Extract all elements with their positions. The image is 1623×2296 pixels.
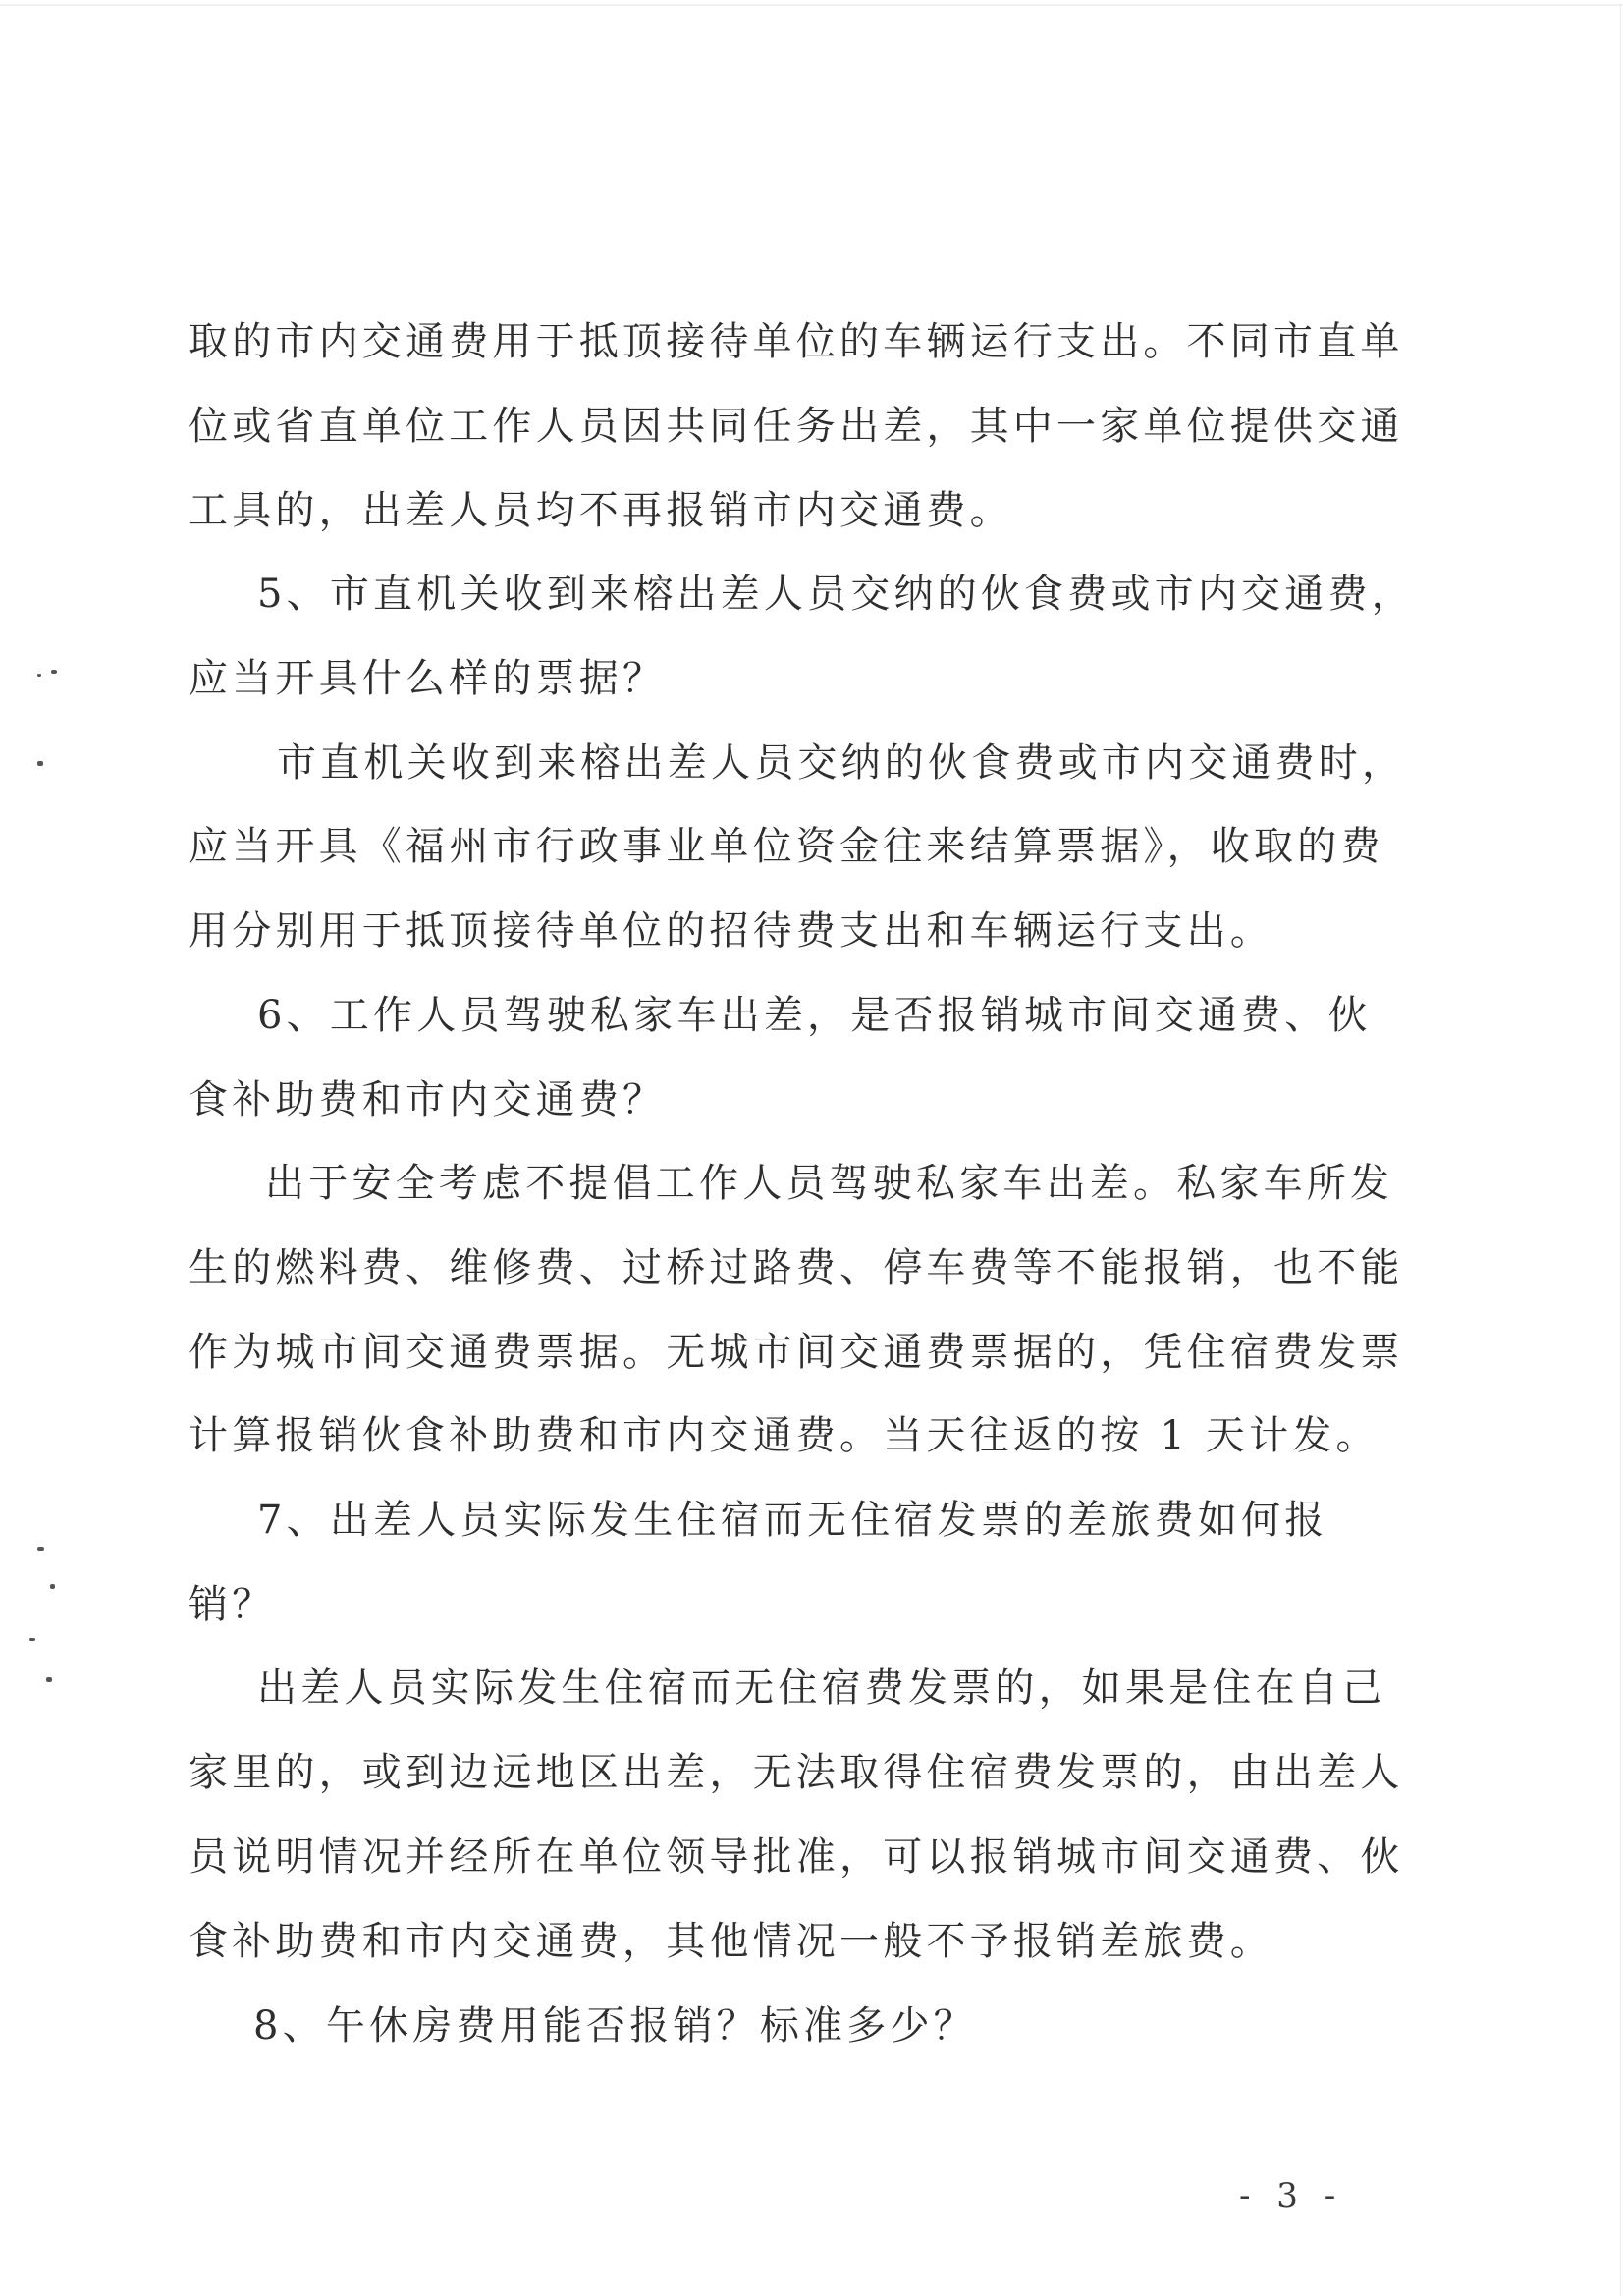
scan-speck (37, 674, 41, 677)
question-heading: 8、午休房费用能否报销？标准多少？ (253, 2002, 977, 2050)
text-line: 作为城市间交通费票据。无城市间交通费票据的，凭住宿费发票 (189, 1329, 1404, 1376)
answer-paragraph: 出于安全考虑不提倡工作人员驾驶私家车出差。私家车所发 (265, 1160, 1393, 1207)
text-line: 计算报销伙食补助费和市内交通费。当天往返的按 1 天计发。 (189, 1412, 1380, 1459)
question-heading: 5、市直机关收到来榕出差人员交纳的伙食费或市内交通费， (257, 571, 1415, 618)
scan-speck (29, 1638, 35, 1641)
question-heading: 应当开具什么样的票据？ (189, 655, 666, 702)
text-line: 应当开具《福州市行政事业单位资金往来结算票据》，收取的费 (189, 823, 1384, 870)
text-line: 位或省直单位工作人员因共同任务出差，其中一家单位提供交通 (189, 403, 1404, 450)
scan-speck (37, 761, 43, 766)
text-line: 取的市内交通费用于抵顶接待单位的车辆运行支出。不同市直单 (189, 318, 1404, 365)
text-line: 工具的，出差人员均不再报销市内交通费。 (189, 487, 1013, 534)
scan-speck (46, 1677, 52, 1682)
scan-top-edge (0, 4, 1623, 6)
answer-paragraph: 出差人员实际发生住宿而无住宿费发票的，如果是住在自己 (257, 1665, 1385, 1712)
text-line: 员说明情况并经所在单位领导批准，可以报销城市间交通费、伙 (189, 1833, 1404, 1881)
question-heading: 7、出差人员实际发生住宿而无住宿发票的差旅费如何报 (257, 1497, 1327, 1544)
scan-speck (37, 1547, 44, 1551)
question-heading: 销？ (189, 1581, 275, 1628)
question-heading: 6、工作人员驾驶私家车出差，是否报销城市间交通费、伙 (257, 992, 1372, 1039)
text-line: 用分别用于抵顶接待单位的招待费支出和车辆运行支出。 (189, 907, 1273, 955)
scan-speck (51, 670, 57, 674)
text-line: 生的燃料费、维修费、过桥过路费、停车费等不能报销，也不能 (189, 1244, 1404, 1291)
scan-speck (50, 1584, 55, 1589)
question-heading: 食补助费和市内交通费？ (189, 1076, 666, 1123)
page-number: - 3 - (1239, 2176, 1343, 2215)
text-line: 家里的，或到边远地区出差，无法取得住宿费发票的，由出差人 (189, 1749, 1404, 1796)
text-line: 食补助费和市内交通费，其他情况一般不予报销差旅费。 (189, 1918, 1273, 1965)
answer-paragraph: 市直机关收到来榕出差人员交纳的伙食费或市内交通费时， (277, 739, 1405, 787)
scan-right-edge (1620, 4, 1621, 2296)
